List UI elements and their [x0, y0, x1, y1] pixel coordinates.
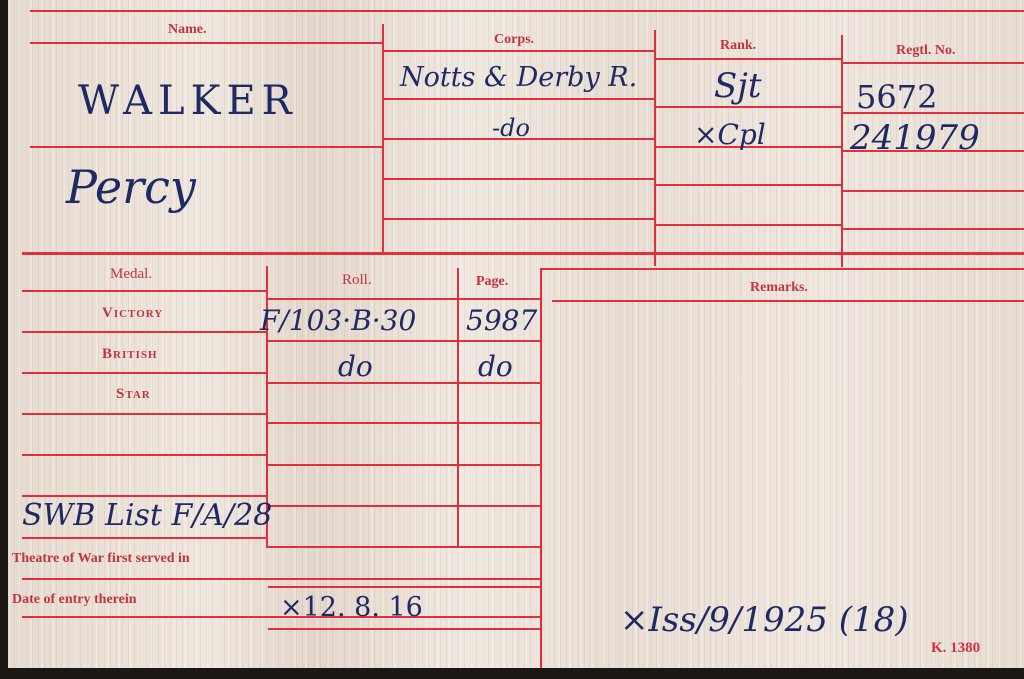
medal-index-card: Name. Corps. Rank. Regtl. No. WALKER Per… [8, 0, 1024, 668]
rule [656, 224, 841, 226]
page-victory: 5987 [466, 304, 537, 337]
rule [30, 42, 382, 44]
forename: Percy [66, 160, 196, 214]
rule [654, 30, 656, 266]
rule [22, 495, 266, 497]
theatre-label: Theatre of War first served in [12, 551, 190, 567]
rank-header: Rank. [720, 38, 756, 54]
remarks-issue-note: ×Iss/9/1925 (18) [620, 600, 909, 640]
rule [22, 413, 266, 415]
rule [268, 628, 540, 630]
corps-value: -do [492, 114, 530, 142]
regtl-no-header: Regtl. No. [896, 43, 956, 59]
rule [22, 578, 540, 580]
rule [384, 98, 654, 100]
rule [268, 422, 540, 424]
rule [268, 586, 540, 588]
roll-victory: F/103·B·30 [260, 304, 416, 337]
swb-list-annotation: SWB List F/A/28 [22, 498, 272, 533]
rule [540, 268, 542, 668]
date-of-entry-value: ×12. 8. 16 [280, 592, 423, 623]
rule [22, 372, 266, 374]
rule [843, 228, 1024, 230]
corps-value: Notts & Derby R. [400, 62, 637, 93]
rule [552, 300, 1024, 302]
rule [384, 178, 654, 180]
medal-victory-label: Victory [102, 305, 163, 322]
rule [22, 252, 1024, 255]
rule [656, 184, 841, 186]
medal-star-label: Star [116, 386, 151, 403]
rank-value: Sjt [714, 66, 762, 106]
medal-header: Medal. [110, 266, 152, 283]
rank-value: ×Cpl [694, 118, 766, 151]
rule [384, 218, 654, 220]
rule [22, 290, 266, 292]
rule [268, 464, 540, 466]
page-header: Page. [476, 274, 508, 290]
rule [268, 546, 540, 548]
rule [843, 190, 1024, 192]
regtl-no-value: 241979 [850, 118, 980, 158]
name-header: Name. [168, 22, 207, 38]
rule [656, 106, 841, 108]
medal-british-label: British [102, 346, 158, 363]
rule [656, 58, 841, 60]
rule [30, 146, 382, 148]
rule [542, 268, 1024, 270]
rule [22, 537, 266, 539]
rule [30, 10, 1024, 12]
rule [843, 62, 1024, 64]
rule [22, 331, 266, 333]
page-british: do [478, 350, 513, 383]
corps-header: Corps. [494, 32, 534, 48]
remarks-header: Remarks. [750, 280, 808, 296]
rule [22, 454, 266, 456]
roll-british: do [338, 350, 373, 383]
surname: WALKER [78, 78, 298, 124]
rule [268, 340, 540, 342]
regtl-no-value: 5672 [856, 78, 937, 116]
rule [268, 298, 540, 300]
form-number: K. 1380 [931, 640, 980, 657]
roll-header: Roll. [342, 272, 372, 289]
date-label: Date of entry therein [12, 592, 137, 608]
rule [268, 505, 540, 507]
rule [384, 50, 654, 52]
